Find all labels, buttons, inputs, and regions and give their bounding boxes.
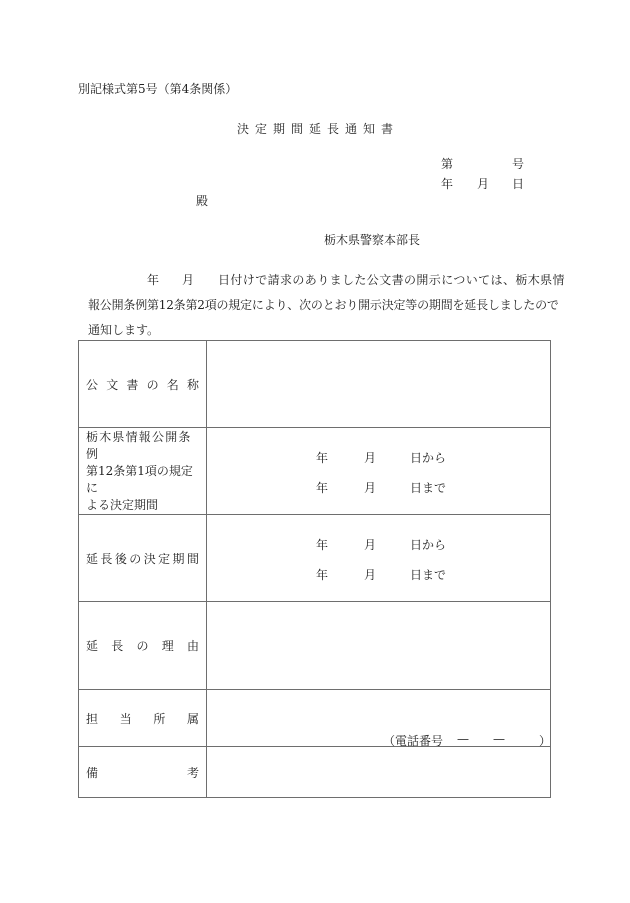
phone-dash: — — [493, 732, 505, 746]
row-department: 担 当 所 属 （電話番号 — — ） — [79, 690, 550, 747]
body-line-1-text: 日付けで請求のありました公文書の開示については、栃木県情 — [218, 268, 565, 293]
label-char: 由 — [187, 637, 199, 654]
label-char: 文 — [106, 376, 118, 393]
label-char: 長 — [111, 637, 123, 654]
label-char: 長 — [100, 550, 112, 567]
row-extended-period: 延 長 後 の 決 定 期 間 年 月 日から 年 月 日まで — [79, 515, 550, 602]
label-char: 備 — [86, 764, 98, 781]
date-month: 月 — [477, 175, 489, 192]
label-original-period: 栃木県情報公開条例 第12条第1項の規定に よる決定期間 — [79, 428, 207, 514]
label-char: の — [136, 637, 148, 654]
to-year: 年 — [316, 566, 328, 583]
value-remarks[interactable] — [207, 747, 550, 797]
body-paragraph: 年 月 日付けで請求のありました公文書の開示については、栃木県情 報公開条例第1… — [78, 268, 558, 343]
label-char: 所 — [153, 710, 165, 727]
label-char: 考 — [187, 764, 199, 781]
label-line: 第12条第1項の規定に — [86, 463, 199, 497]
label-extension-reason: 延 長 の 理 由 — [79, 602, 207, 689]
from-year: 年 — [316, 536, 328, 553]
form-table: 公 文 書 の 名 称 栃木県情報公開条例 第12条第1項の規定に よる決定期間… — [78, 340, 551, 798]
value-original-period[interactable]: 年 月 日から 年 月 日まで — [207, 428, 550, 514]
value-extension-reason[interactable] — [207, 602, 550, 689]
label-char: 間 — [187, 550, 199, 567]
from-day: 日から — [410, 536, 446, 553]
number-prefix: 第 — [441, 155, 453, 172]
row-remarks: 備 考 — [79, 747, 550, 797]
label-remarks: 備 考 — [79, 747, 207, 797]
label-char: 定 — [158, 550, 170, 567]
label-char: 期 — [173, 550, 185, 567]
label-char: 理 — [162, 637, 174, 654]
from-day: 日から — [410, 449, 446, 466]
label-char: 名 — [167, 376, 179, 393]
date-day: 日 — [512, 175, 524, 192]
label-char: 称 — [187, 376, 199, 393]
phone-dash: — — [457, 732, 469, 746]
sender-name: 栃木県警察本部長 — [324, 231, 420, 248]
body-line-2: 報公開条例第12条第2項の規定により、次のとおり開示決定等の期間を延長しましたの… — [88, 293, 568, 318]
body-year: 年 — [147, 268, 159, 293]
label-char: の — [147, 376, 159, 393]
body-line-1: 年 月 日付けで請求のありました公文書の開示については、栃木県情 — [78, 268, 558, 293]
label-char: 属 — [187, 710, 199, 727]
label-char: 決 — [144, 550, 156, 567]
body-month: 月 — [182, 268, 194, 293]
label-line: よる決定期間 — [86, 497, 199, 514]
document-title: 決定期間延長通知書 — [237, 120, 399, 137]
to-month: 月 — [364, 566, 376, 583]
value-extended-period[interactable]: 年 月 日から 年 月 日まで — [207, 515, 550, 601]
date-year: 年 — [441, 175, 453, 192]
label-char: 後 — [115, 550, 127, 567]
number-suffix: 号 — [512, 155, 524, 172]
label-document-name: 公 文 書 の 名 称 — [79, 341, 207, 427]
from-year: 年 — [316, 449, 328, 466]
label-char: 延 — [86, 550, 98, 567]
row-extension-reason: 延 長 の 理 由 — [79, 602, 550, 690]
label-line: 栃木県情報公開条例 — [86, 429, 199, 463]
value-department[interactable]: （電話番号 — — ） — [207, 690, 550, 746]
to-day: 日まで — [410, 566, 446, 583]
to-day: 日まで — [410, 479, 446, 496]
to-month: 月 — [364, 479, 376, 496]
value-document-name[interactable] — [207, 341, 550, 427]
to-year: 年 — [316, 479, 328, 496]
label-extended-period: 延 長 後 の 決 定 期 間 — [79, 515, 207, 601]
label-char: の — [129, 550, 141, 567]
recipient-honorific: 殿 — [196, 192, 208, 209]
label-char: 公 — [86, 376, 98, 393]
label-char: 当 — [120, 710, 132, 727]
from-month: 月 — [364, 536, 376, 553]
row-document-name: 公 文 書 の 名 称 — [79, 341, 550, 428]
label-department: 担 当 所 属 — [79, 690, 207, 746]
row-original-period: 栃木県情報公開条例 第12条第1項の規定に よる決定期間 年 月 日から 年 月… — [79, 428, 550, 515]
from-month: 月 — [364, 449, 376, 466]
label-char: 書 — [126, 376, 138, 393]
label-char: 担 — [86, 710, 98, 727]
label-char: 延 — [86, 637, 98, 654]
form-identifier: 別記様式第5号（第4条関係） — [78, 80, 237, 97]
